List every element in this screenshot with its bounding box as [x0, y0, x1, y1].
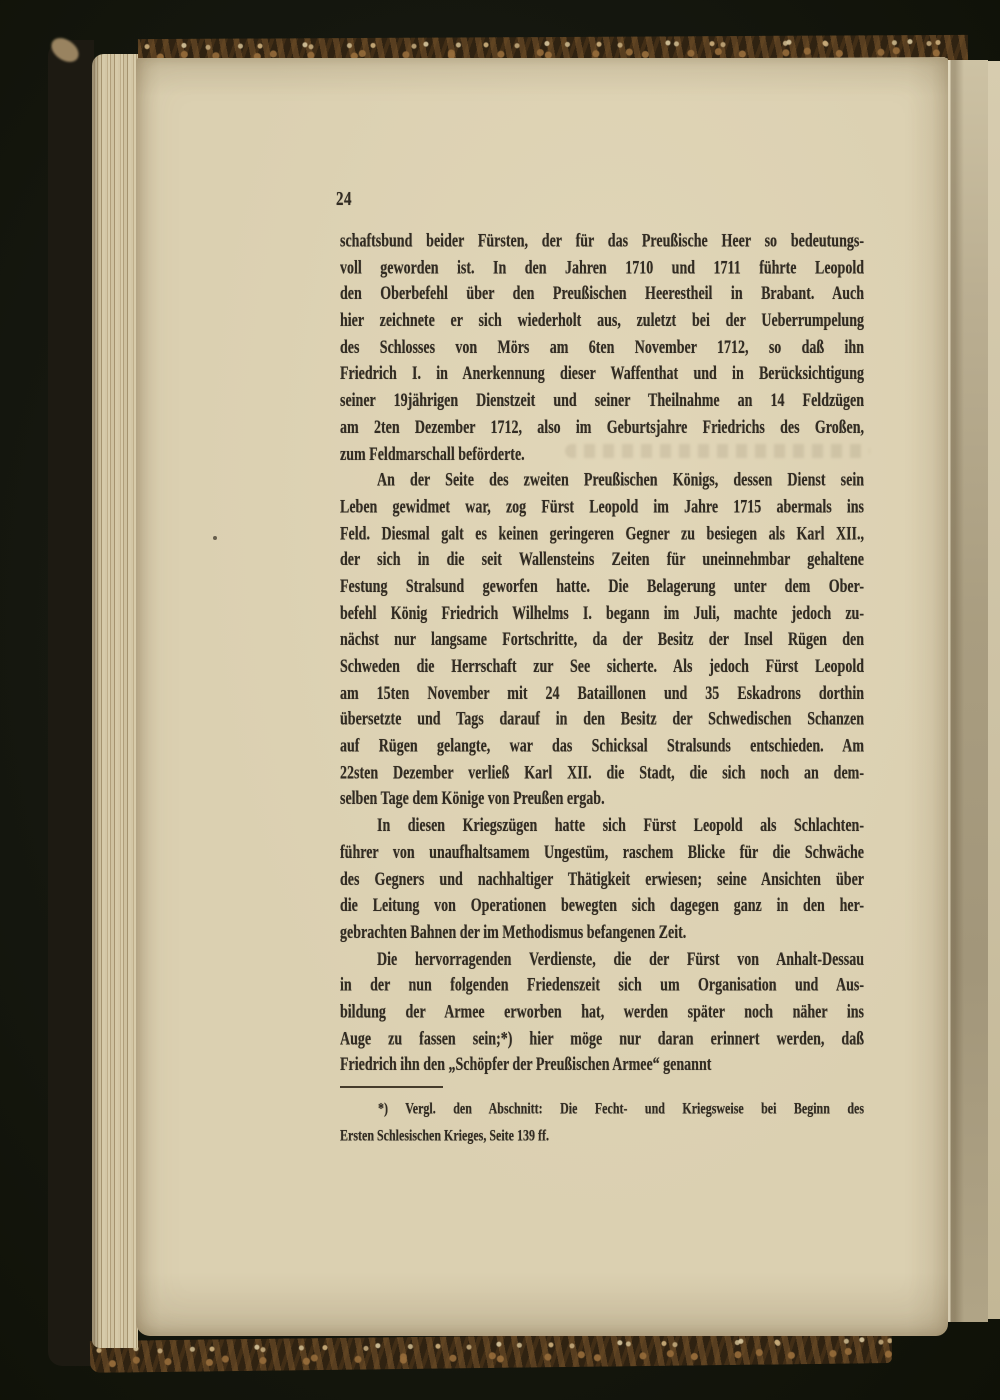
- text-line: des Gegners und nachhaltiger Thätigkeit …: [340, 867, 864, 894]
- body-text: schaftsbund beider Fürsten, der für das …: [340, 229, 864, 859]
- footnote-text: *) Vergl. den Abschnitt: Die Fecht- und …: [340, 1096, 864, 1149]
- dust-speck: [213, 536, 217, 540]
- text-line: selben Tage dem Könige von Preußen ergab…: [340, 787, 864, 814]
- paragraph: Die hervorragenden Verdienste, die der F…: [340, 947, 864, 1080]
- text-line: Festung Stralsund geworfen hatte. Die Be…: [340, 575, 864, 602]
- text-line: Friedrich I. in Anerkennung dieser Waffe…: [340, 362, 864, 389]
- text-line: auf Rügen gelangte, war das Schicksal St…: [340, 734, 864, 761]
- text-line: An der Seite des zweiten Preußischen Kön…: [340, 468, 864, 495]
- text-line: zum Feldmarschall beförderte.: [340, 442, 864, 469]
- footnote-rule: [340, 1086, 443, 1088]
- text-line: Friedrich ihn den „Schöpfer der Preußisc…: [340, 1053, 864, 1080]
- text-line: bildung der Armee erworben hat, werden s…: [340, 1000, 864, 1027]
- text-line: In diesen Kriegszügen hatte sich Fürst L…: [340, 814, 864, 841]
- text-line: den Oberbefehl über den Preußischen Heer…: [340, 282, 864, 309]
- text-line: am 15ten November mit 24 Bataillonen und…: [340, 681, 864, 708]
- text-line: am 2ten Dezember 1712, also im Geburtsja…: [340, 415, 864, 442]
- text-line: Auge zu fassen sein;*) hier möge nur dar…: [340, 1026, 864, 1053]
- text-line: hier zeichnete er sich wiederholt aus, z…: [340, 309, 864, 336]
- facing-page-edge: [988, 61, 1000, 1319]
- text-line: voll geworden ist. In den Jahren 1710 un…: [340, 256, 864, 283]
- text-line: Schweden die Herrschaft zur See sicherte…: [340, 654, 864, 681]
- book-cover-bottom-edge: [90, 1331, 892, 1373]
- text-line: seiner 19jährigen Dienstzeit und seiner …: [340, 388, 864, 415]
- text-line: Feld. Diesmal galt es keinen geringeren …: [340, 521, 864, 548]
- gutter-shadow: [948, 60, 988, 1322]
- text-line: führer von unaufhaltsamem Ungestüm, rasc…: [340, 840, 864, 867]
- page-number: 24: [336, 189, 352, 212]
- text-line: Leben gewidmet war, zog Fürst Leopold im…: [340, 495, 864, 522]
- text-line: in der nun folgenden Friedenszeit sich u…: [340, 973, 864, 1000]
- text-line: die Leitung von Operationen bewegten sic…: [340, 893, 864, 920]
- book-scan: 24 schaftsbund beider Fürsten, der für d…: [0, 0, 1000, 1400]
- paragraph: schaftsbund beider Fürsten, der für das …: [340, 229, 864, 468]
- text-line: des Schlosses von Mörs am 6ten November …: [340, 335, 864, 362]
- text-line: 22sten Dezember verließ Karl XII. die St…: [340, 761, 864, 788]
- book-cover-left-edge: [48, 40, 94, 1366]
- page-stack-fore-edge: [92, 54, 138, 1348]
- text-line: der sich in die seit Wallensteins Zeiten…: [340, 548, 864, 575]
- text-line: befehl König Friedrich Wilhelms I. began…: [340, 601, 864, 628]
- body-text-lines: schaftsbund beider Fürsten, der für das …: [340, 229, 864, 1080]
- footnote-line: Ersten Schlesischen Krieges, Seite 139 f…: [340, 1122, 864, 1148]
- footnote: *) Vergl. den Abschnitt: Die Fecht- und …: [340, 1096, 864, 1135]
- footnote-line: *) Vergl. den Abschnitt: Die Fecht- und …: [340, 1096, 864, 1122]
- paragraph: An der Seite des zweiten Preußischen Kön…: [340, 468, 864, 814]
- text-line: Die hervorragenden Verdienste, die der F…: [340, 947, 864, 974]
- paragraph: In diesen Kriegszügen hatte sich Fürst L…: [340, 814, 864, 947]
- text-line: schaftsbund beider Fürsten, der für das …: [340, 229, 864, 256]
- text-line: gebrachten Bahnen der im Methodismus bef…: [340, 920, 864, 947]
- text-line: übersetzte und Tags darauf in den Besitz…: [340, 707, 864, 734]
- text-line: nächst nur langsame Fortschritte, da der…: [340, 628, 864, 655]
